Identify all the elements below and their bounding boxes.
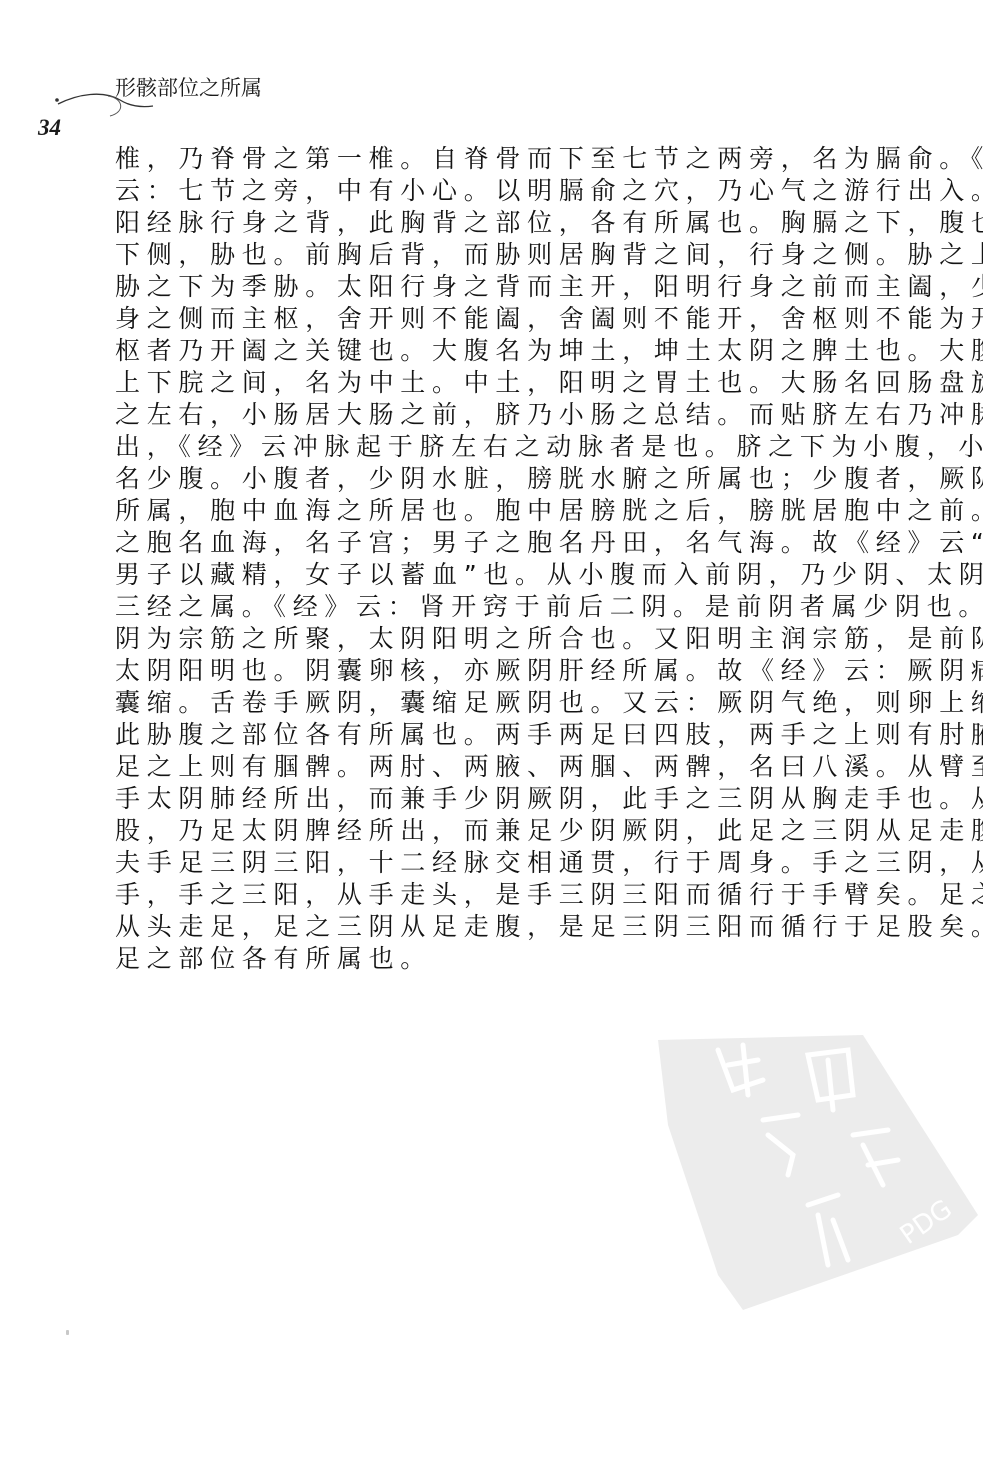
seal-watermark-icon: PDG [648, 1035, 978, 1325]
text-line: 夫手足三阴三阳，十二经脉交相通贯，行于周身。手之三阴，从胸走 [115, 847, 895, 879]
text-line: 太阴阳明也。阴囊卵核，亦厥阴肝经所属。故《经》云：厥阴病则舌卷 [115, 655, 895, 687]
text-line: 手，手之三阳，从手走头，是手三阴三阳而循行于手臂矣。足之三阳 [115, 879, 895, 911]
text-line: 出，《经》云冲脉起于脐左右之动脉者是也。脐之下为小腹，小腹两旁 [115, 431, 895, 463]
text-line: 足之上则有腘髀。两肘、两腋、两腘、两髀，名曰八溪。从臂至手，乃 [115, 751, 895, 783]
text-line: 囊缩。舌卷手厥阴，囊缩足厥阴也。又云：厥阴气绝，则卵上缩而终。 [115, 687, 895, 719]
text-line: 之胞名血海，名子宫；男子之胞名丹田，名气海。故《经》云“胞中者， [115, 527, 895, 559]
text-line: 股，乃足太阴脾经所出，而兼足少阴厥阴，此足之三阴从足走腹也。 [115, 815, 895, 847]
text-line: 男子以藏精，女子以蓄血”也。从小腹而入前阴，乃少阴、太阴、阳明 [115, 559, 895, 591]
text-line: 阴为宗筋之所聚，太阴阳明之所合也。又阳明主润宗筋，是前阴又属 [115, 623, 895, 655]
page-number: 34 [38, 115, 61, 141]
text-line: 椎，乃脊骨之第一椎。自脊骨而下至七节之两旁，名为膈俞。《经》 [115, 143, 895, 175]
text-line: 身之侧而主枢，舍开则不能阖，舍阖则不能开，舍枢则不能为开阖，是 [115, 303, 895, 335]
text-line: 云：七节之旁，中有小心。以明膈俞之穴，乃心气之游行出入。而太 [115, 175, 895, 207]
text-line: 阳经脉行身之背，此胸背之部位，各有所属也。胸膈之下，腹也；胸膈 [115, 207, 895, 239]
text-line: 上下脘之间，名为中土。中土，阳明之胃土也。大肠名回肠盘旋于腹 [115, 367, 895, 399]
text-line: 胁之下为季胁。太阳行身之背而主开，阳明行身之前而主阖，少阳行 [115, 271, 895, 303]
body-text: 椎，乃脊骨之第一椎。自脊骨而下至七节之两旁，名为膈俞。《经》 云：七节之旁，中有… [115, 143, 895, 975]
text-line: 所属，胞中血海之所居也。胞中居膀胱之后，膀胱居胞中之前。女子 [115, 495, 895, 527]
text-line: 手太阴肺经所出，而兼手少阴厥阴，此手之三阴从胸走手也。从足至 [115, 783, 895, 815]
text-line: 之左右，小肠居大肠之前，脐乃小肠之总结。而贴脐左右乃冲脉所 [115, 399, 895, 431]
decorative-flourish-icon [48, 92, 158, 132]
text-line: 三经之属。《经》云：肾开窍于前后二阴。是前阴者属少阴也。盖前 [115, 591, 895, 623]
text-line: 此胁腹之部位各有所属也。两手两足曰四肢，两手之上则有肘腋；两 [115, 719, 895, 751]
text-line: 足之部位各有所属也。 [115, 943, 895, 975]
scan-artifact [66, 1330, 69, 1335]
text-line: 从头走足，足之三阴从足走腹，是足三阴三阳而循行于足股矣。此手 [115, 911, 895, 943]
text-line: 名少腹。小腹者，少阴水脏，膀胱水腑之所属也；少腹者，厥阴肝经之 [115, 463, 895, 495]
text-line: 下侧，胁也。前胸后背，而胁则居胸背之间，行身之侧。胁之上为肋， [115, 239, 895, 271]
text-line: 枢者乃开阖之关键也。大腹名为坤土，坤土太阴之脾土也。大腹之 [115, 335, 895, 367]
